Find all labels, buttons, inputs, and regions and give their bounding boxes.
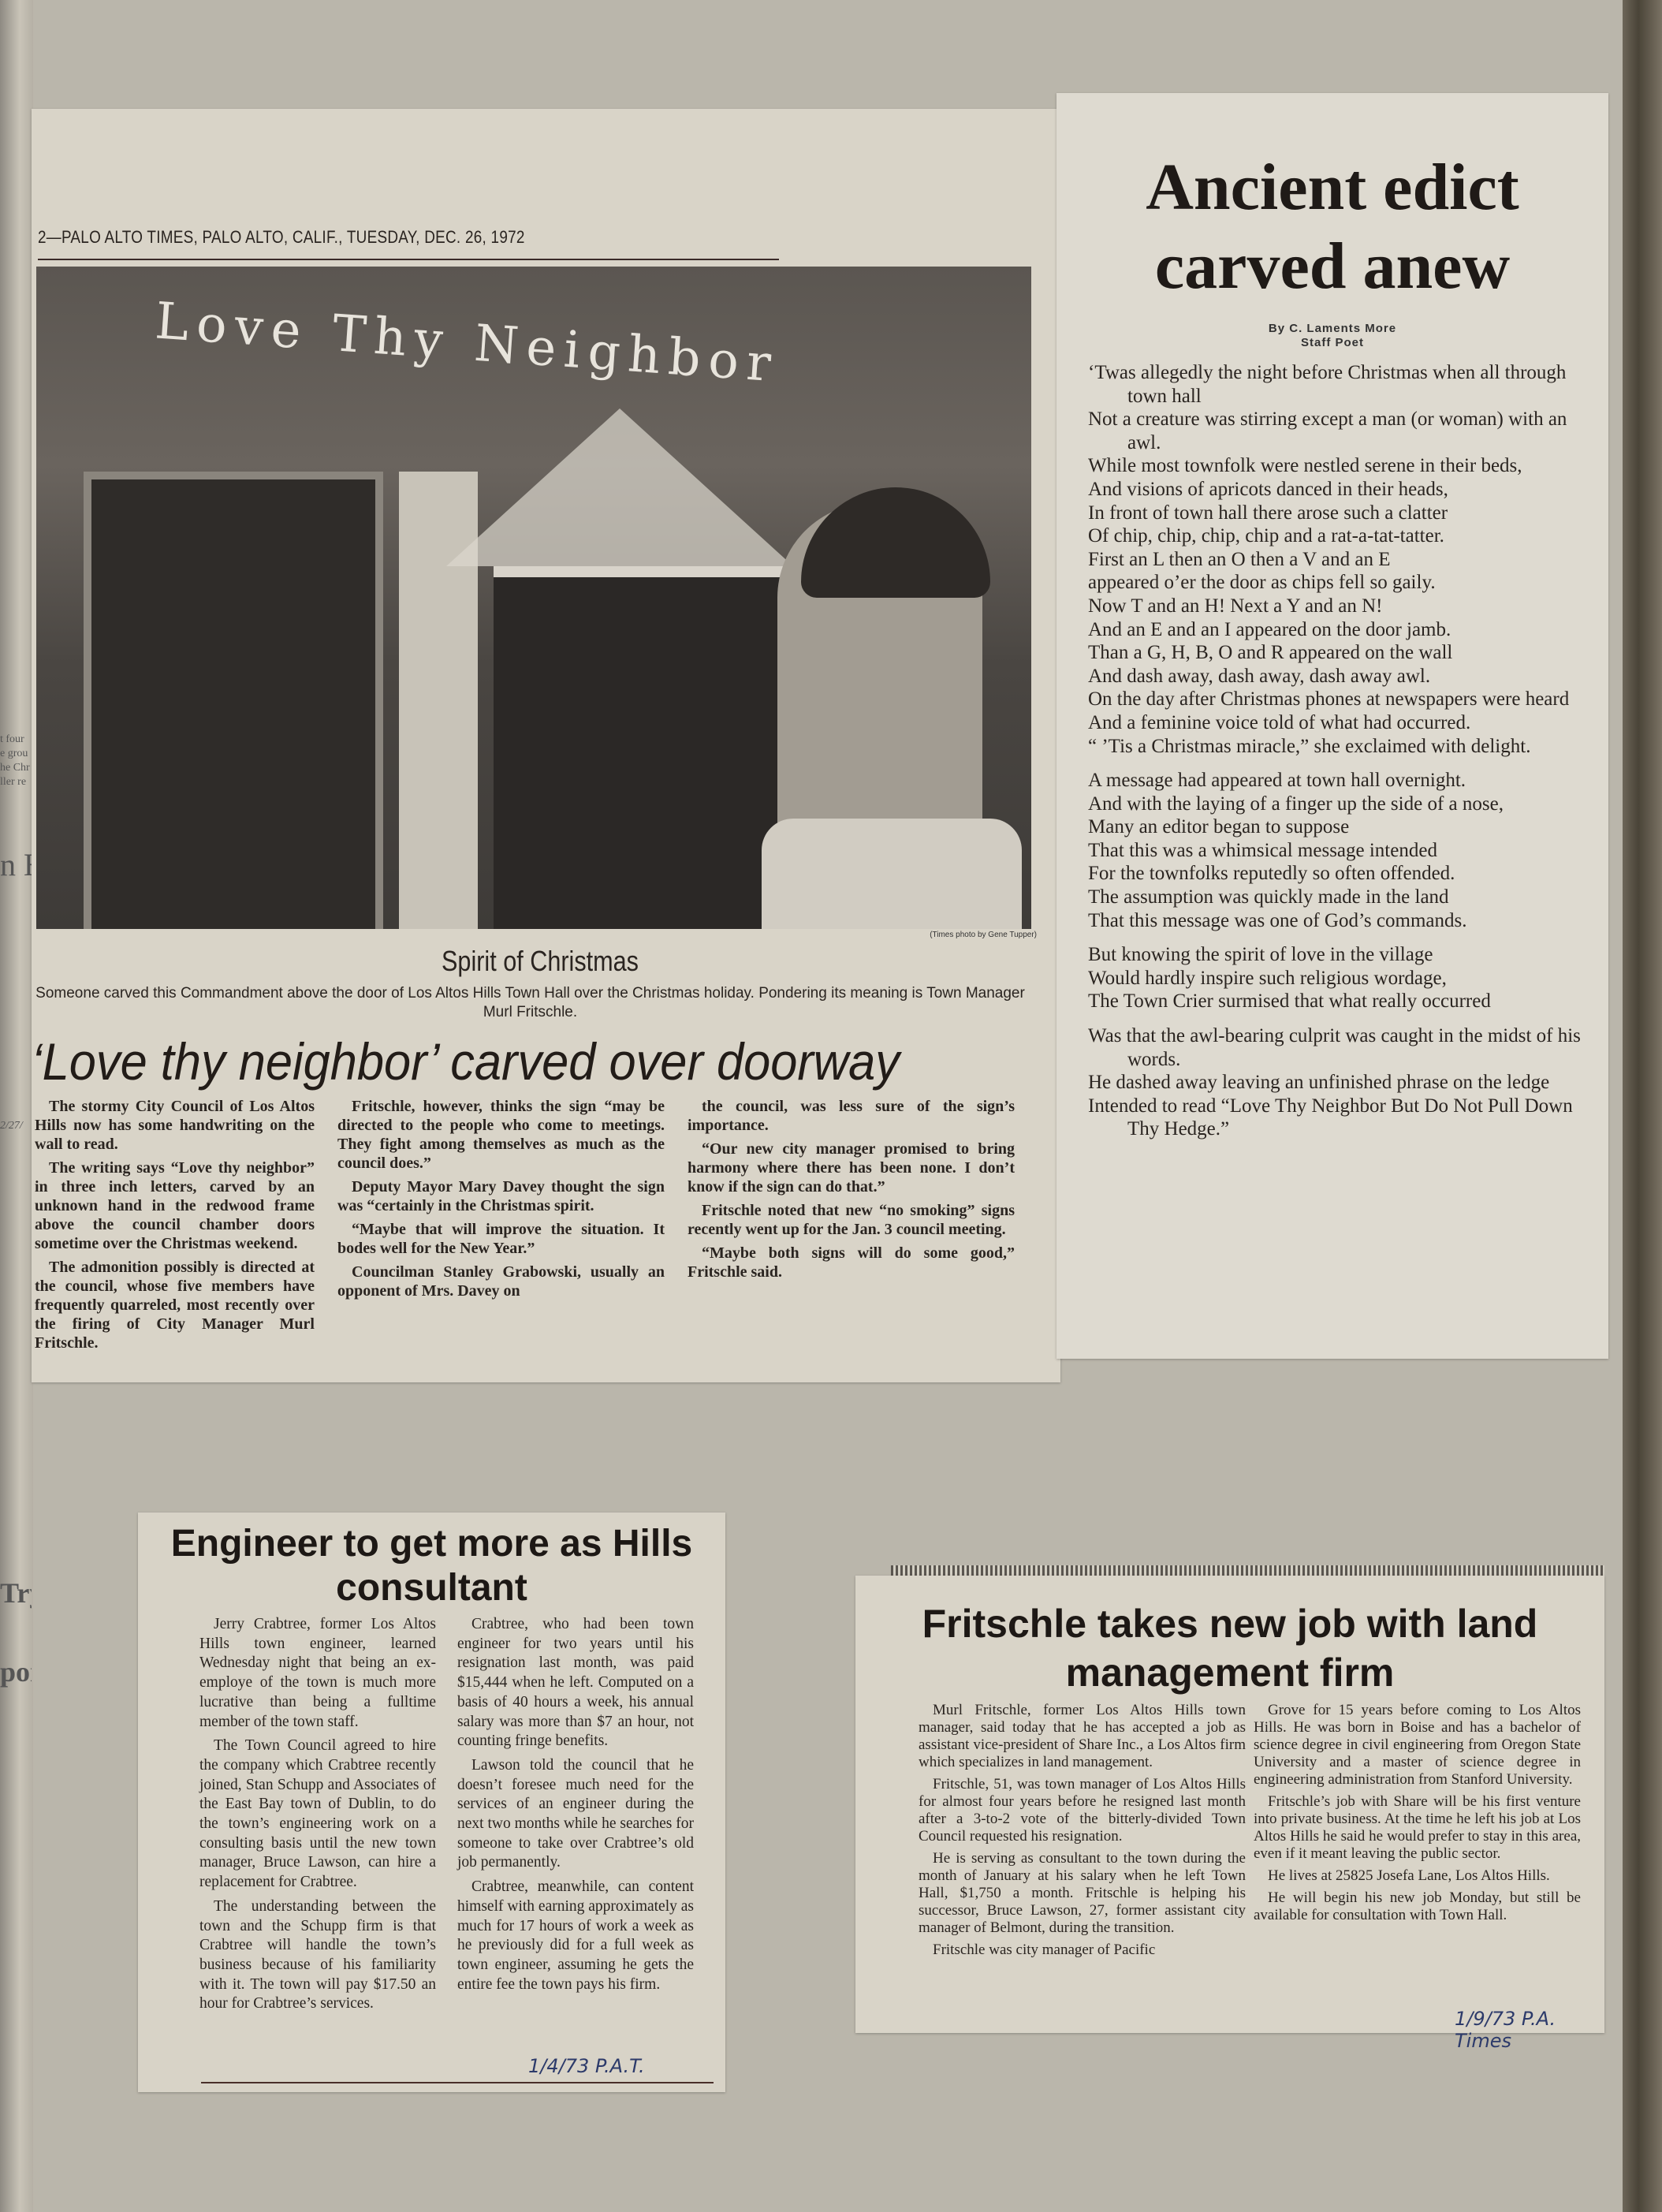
poem-line: The Town Crier surmised that what really… (1088, 990, 1593, 1013)
poem-line: ‘Twas allegedly the night before Christm… (1088, 361, 1593, 408)
poem-line: That this message was one of God’s comma… (1088, 909, 1593, 933)
adjacent-page-edge: t four e grou he Chr ller re n H 2/27/ T… (0, 0, 33, 2212)
paragraph: the council, was less sure of the sign’s… (688, 1097, 1015, 1135)
paragraph: Fritschle, 51, was town manager of Los A… (919, 1776, 1246, 1845)
article-column-2: Crabtree, who had been town engineer for… (457, 1615, 694, 1999)
poem-line: “ ’Tis a Christmas miracle,” she exclaim… (1088, 735, 1593, 759)
poem-line: And an E and an I appeared on the door j… (1088, 618, 1593, 642)
paragraph: He lives at 25825 Josefa Lane, Los Altos… (1254, 1867, 1581, 1885)
poem-line: A message had appeared at town hall over… (1088, 769, 1593, 793)
caption-title: Spirit of Christmas (108, 945, 973, 978)
paragraph: He is serving as consultant to the town … (919, 1850, 1246, 1937)
fragment-heading: Tryin (0, 1577, 32, 1609)
photo-credit: (Times photo by Gene Tupper) (930, 931, 1037, 939)
paragraph: Jerry Crabtree, former Los Altos Hills t… (199, 1615, 436, 1732)
fragment-heading: n H (0, 848, 32, 882)
poem-line: And dash away, dash away, dash away awl. (1088, 665, 1593, 688)
paragraph: “Maybe that will improve the situation. … (337, 1220, 665, 1258)
poem-line: But knowing the spirit of love in the vi… (1088, 943, 1593, 967)
poem-line: First an L then an O then a V and an E (1088, 548, 1593, 572)
handwritten-date-note: 1/9/73 P.A. Times (1455, 2008, 1604, 2052)
article-column-1: Jerry Crabtree, former Los Altos Hills t… (199, 1615, 436, 2019)
article-column-2: Grove for 15 years before coming to Los … (1254, 1702, 1581, 1929)
paragraph: The understanding between the town and t… (199, 1897, 436, 2014)
paragraph: The writing says “Love thy neighbor” in … (35, 1158, 315, 1253)
fragment-heading: porte (0, 1656, 32, 1688)
poem-line: For the townfolks reputedly so often off… (1088, 862, 1593, 886)
paragraph: Murl Fritschle, former Los Altos Hills t… (919, 1702, 1246, 1771)
paragraph: Councilman Stanley Grabowski, usually an… (337, 1263, 665, 1300)
fragment-text: e grou (0, 748, 32, 760)
paragraph: Fritschle was city manager of Pacific (919, 1942, 1246, 1959)
newspaper-masthead: 2—PALO ALTO TIMES, PALO ALTO, CALIF., TU… (38, 227, 525, 248)
article-headline: ‘Love thy neighbor’ carved over doorway (32, 1031, 970, 1091)
news-photo: Love Thy Neighbor (36, 267, 1031, 929)
paragraph: Crabtree, meanwhile, can content himself… (457, 1878, 694, 1994)
article-column-1: Murl Fritschle, former Los Altos Hills t… (919, 1702, 1246, 1964)
paragraph: He will begin his new job Monday, but st… (1254, 1889, 1581, 1924)
poem-line: That this was a whimsical message intend… (1088, 839, 1593, 863)
poem-body: ‘Twas allegedly the night before Christm… (1088, 361, 1593, 1141)
paragraph: The stormy City Council of Los Altos Hil… (35, 1097, 315, 1154)
poem-line: He dashed away leaving an unfinished phr… (1088, 1071, 1593, 1095)
poem-line: On the day after Christmas phones at new… (1088, 688, 1593, 711)
poem-line: Of chip, chip, chip, chip and a rat-a-ta… (1088, 524, 1593, 548)
fragment-text: ller re (0, 776, 32, 789)
poem-line: Intended to read “Love Thy Neighbor But … (1088, 1095, 1593, 1141)
poem-line: The assumption was quickly made in the l… (1088, 886, 1593, 909)
paragraph: The admonition possibly is directed at t… (35, 1258, 315, 1352)
byline-role: Staff Poet (1056, 336, 1608, 350)
article-headline: Engineer to get more as Hills consultant (138, 1522, 725, 1610)
poem-line: Not a creature was stirring except a man… (1088, 408, 1593, 454)
article-column-1: The stormy City Council of Los Altos Hil… (35, 1097, 315, 1357)
poem-line: In front of town hall there arose such a… (1088, 502, 1593, 525)
paragraph: “Our new city manager promised to bring … (688, 1140, 1015, 1196)
article-headline: Fritschle takes new job with land manage… (855, 1599, 1604, 1697)
poem-line: Would hardly inspire such religious word… (1088, 967, 1593, 990)
poem-line: appeared o’er the door as chips fell so … (1088, 571, 1593, 595)
paragraph: “Maybe both signs will do some good,” Fr… (688, 1244, 1015, 1281)
paragraph: Fritschle noted that new “no smoking” si… (688, 1201, 1015, 1239)
poem-line: Now T and an H! Next a Y and an N! (1088, 595, 1593, 618)
carved-inscription: Love Thy Neighbor (153, 292, 781, 394)
poem-line: While most townfolk were nestled serene … (1088, 454, 1593, 478)
fragment-text: t four (0, 733, 32, 746)
masthead-rule (38, 259, 779, 260)
paragraph: Crabtree, who had been town engineer for… (457, 1615, 694, 1751)
clipping-fritschle-new-job: Fritschle takes new job with land manage… (855, 1576, 1604, 2033)
clipping-ancient-edict: Ancient edict carved anew By C. Laments … (1056, 93, 1608, 1359)
clipping-love-thy-neighbor: 2—PALO ALTO TIMES, PALO ALTO, CALIF., TU… (32, 109, 1060, 1382)
scrapbook-binding (1623, 0, 1662, 2212)
poem-line: Many an editor began to suppose (1088, 815, 1593, 839)
article-column-2: Fritschle, however, thinks the sign “may… (337, 1097, 665, 1305)
paragraph: Lawson told the council that he doesn’t … (457, 1756, 694, 1873)
handwritten-date-note: 1/4/73 P.A.T. (528, 2055, 645, 2077)
clipping-engineer-consultant: Engineer to get more as Hills consultant… (138, 1513, 725, 2092)
article-column-3: the council, was less sure of the sign’s… (688, 1097, 1015, 1286)
fragment-handwriting: 2/27/ (0, 1120, 32, 1132)
poem-line: Than a G, H, B, O and R appeared on the … (1088, 641, 1593, 665)
byline-author: By C. Laments More (1056, 322, 1608, 336)
paragraph: Fritschle, however, thinks the sign “may… (337, 1097, 665, 1173)
paragraph: Grove for 15 years before coming to Los … (1254, 1702, 1581, 1789)
paragraph: The Town Council agreed to hire the comp… (199, 1736, 436, 1893)
paragraph: Deputy Mayor Mary Davey thought the sign… (337, 1177, 665, 1215)
paragraph: Fritschle’s job with Share will be his f… (1254, 1793, 1581, 1863)
caption-text: Someone carved this Commandment above th… (32, 984, 1029, 1022)
poem-title: Ancient edict carved anew (1056, 148, 1608, 306)
poem-line: Was that the awl-bearing culprit was cau… (1088, 1024, 1593, 1071)
fragment-text: he Chr (0, 762, 32, 774)
bottom-rule (201, 2082, 714, 2083)
poem-line: And visions of apricots danced in their … (1088, 478, 1593, 502)
byline: By C. Laments More Staff Poet (1056, 322, 1608, 350)
poem-line: And with the laying of a finger up the s… (1088, 793, 1593, 816)
poem-line: And a feminine voice told of what had oc… (1088, 711, 1593, 735)
